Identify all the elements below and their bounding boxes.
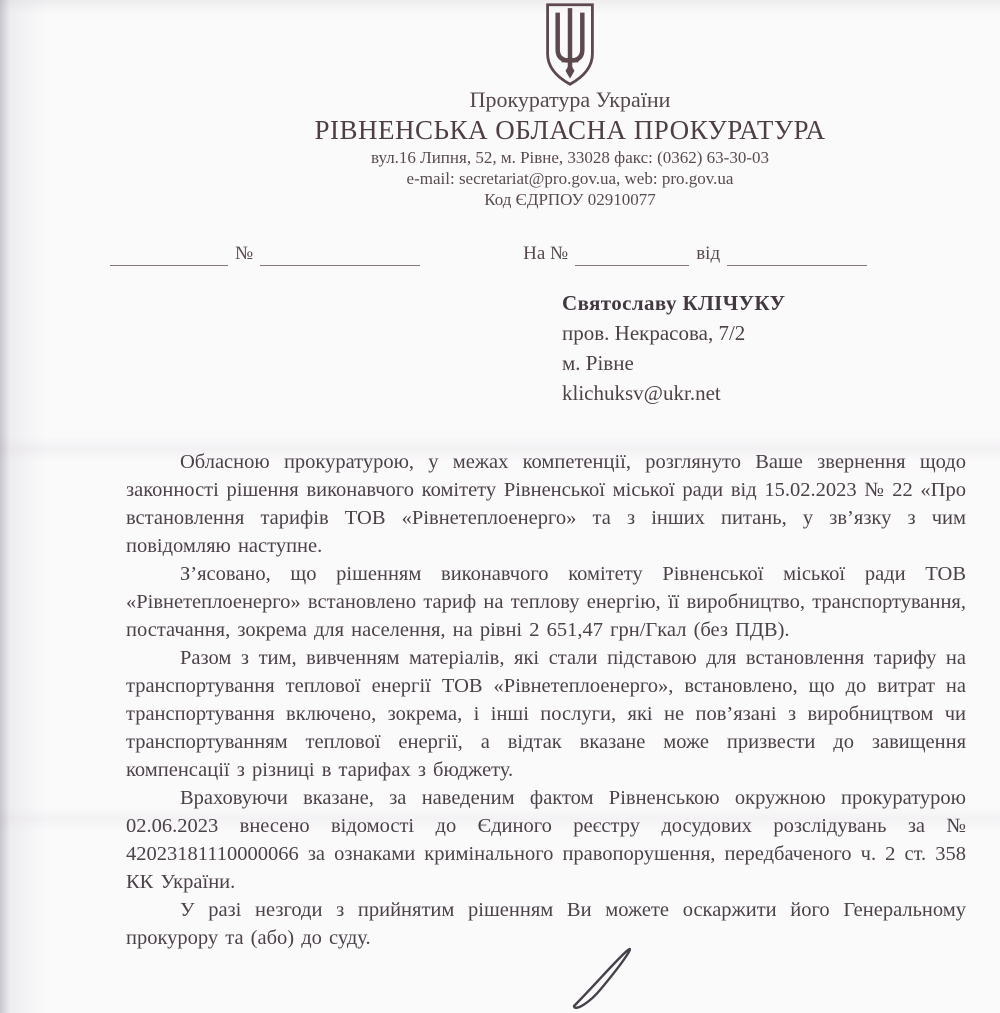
incoming-number-blank [575,241,689,266]
handwritten-signature-stroke [566,946,652,1012]
recipient-block: Святославу КЛІЧУКУ пров. Некрасова, 7/2 … [562,288,785,408]
body-paragraph-2: З’ясовано, що рішенням виконавчого коміт… [126,560,966,644]
letterhead: Прокуратура України РІВНЕНСЬКА ОБЛАСНА П… [140,2,1000,210]
scanned-letter-page: Прокуратура України РІВНЕНСЬКА ОБЛАСНА П… [0,0,1000,1013]
org-title: РІВНЕНСЬКА ОБЛАСНА ПРОКУРАТУРА [140,113,1000,147]
letter-body: Обласною прокуратурою, у межах компетенц… [126,448,966,952]
org-parent-name: Прокуратура України [140,87,1000,113]
reference-fields-row: № На № від [110,238,890,266]
incoming-date-label: від [689,243,727,266]
body-paragraph-4: Враховуючи вказане, за наведеним фактом … [126,784,966,896]
org-edrpou-code: Код ЄДРПОУ 02910077 [140,189,1000,210]
recipient-email: klichuksv@ukr.net [562,378,785,408]
outgoing-number-blank [260,241,420,266]
org-address-line: вул.16 Липня, 52, м. Рівне, 33028 факс: … [140,147,1000,168]
body-paragraph-5: У разі незгоди з прийнятим рішенням Ви м… [126,896,966,952]
recipient-city: м. Рівне [562,348,785,378]
outgoing-number-label: № [228,243,260,266]
incoming-date-blank [727,241,867,266]
recipient-street: пров. Некрасова, 7/2 [562,318,785,348]
outgoing-date-blank [110,241,228,266]
ukraine-trident-emblem-icon [542,2,598,87]
recipient-name: Святославу КЛІЧУКУ [562,288,785,318]
incoming-number-label: На № [516,243,575,266]
org-contact-line: e-mail: secretariat@pro.gov.ua, web: pro… [140,168,1000,189]
body-paragraph-1: Обласною прокуратурою, у межах компетенц… [126,448,966,560]
body-paragraph-3: Разом з тим, вивченням матеріалів, які с… [126,644,966,784]
